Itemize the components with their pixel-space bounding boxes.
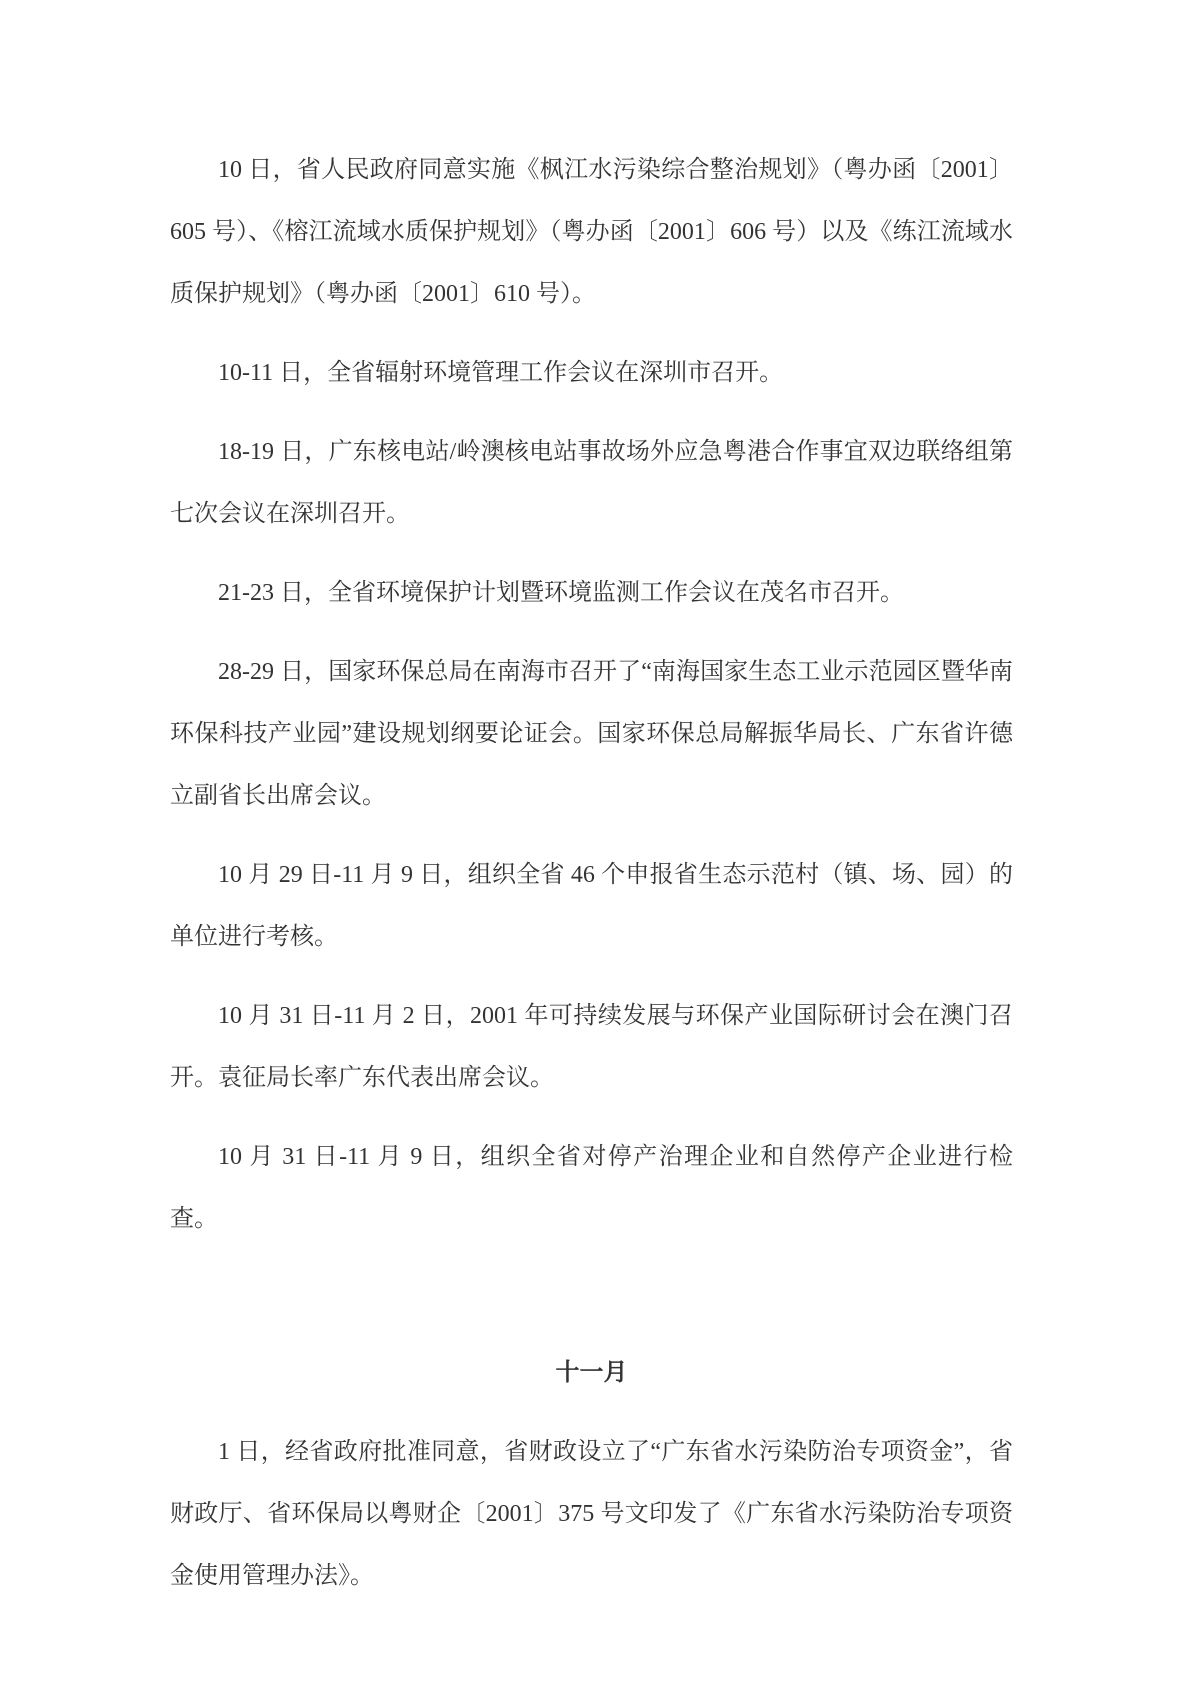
paragraph-november-1: 1 日，经省政府批准同意，省财政设立了“广东省水污染防治专项资金”，省财政厅、省… <box>170 1421 1013 1607</box>
paragraph-october-31-november-9: 10 月 31 日-11 月 9 日，组织全省对停产治理企业和自然停产企业进行检… <box>170 1126 1013 1250</box>
paragraph-october-10: 10 日，省人民政府同意实施《枫江水污染综合整治规划》（粤办函〔2001〕605… <box>170 139 1013 325</box>
paragraph-october-31-november-2: 10 月 31 日-11 月 2 日，2001 年可持续发展与环保产业国际研讨会… <box>170 985 1013 1109</box>
paragraph-october-29-november-9: 10 月 29 日-11 月 9 日，组织全省 46 个申报省生态示范村（镇、场… <box>170 844 1013 968</box>
paragraph-october-21-23: 21-23 日，全省环境保护计划暨环境监测工作会议在茂名市召开。 <box>170 562 1013 624</box>
document-page: 10 日，省人民政府同意实施《枫江水污染综合整治规划》（粤办函〔2001〕605… <box>0 0 1191 1684</box>
paragraph-october-10-11: 10-11 日，全省辐射环境管理工作会议在深圳市召开。 <box>170 342 1013 404</box>
paragraph-october-18-19: 18-19 日，广东核电站/岭澳核电站事故场外应急粤港合作事宜双边联络组第七次会… <box>170 421 1013 545</box>
paragraph-october-28-29: 28-29 日，国家环保总局在南海市召开了“南海国家生态工业示范园区暨华南环保科… <box>170 641 1013 827</box>
month-heading-november: 十一月 <box>170 1342 1013 1404</box>
